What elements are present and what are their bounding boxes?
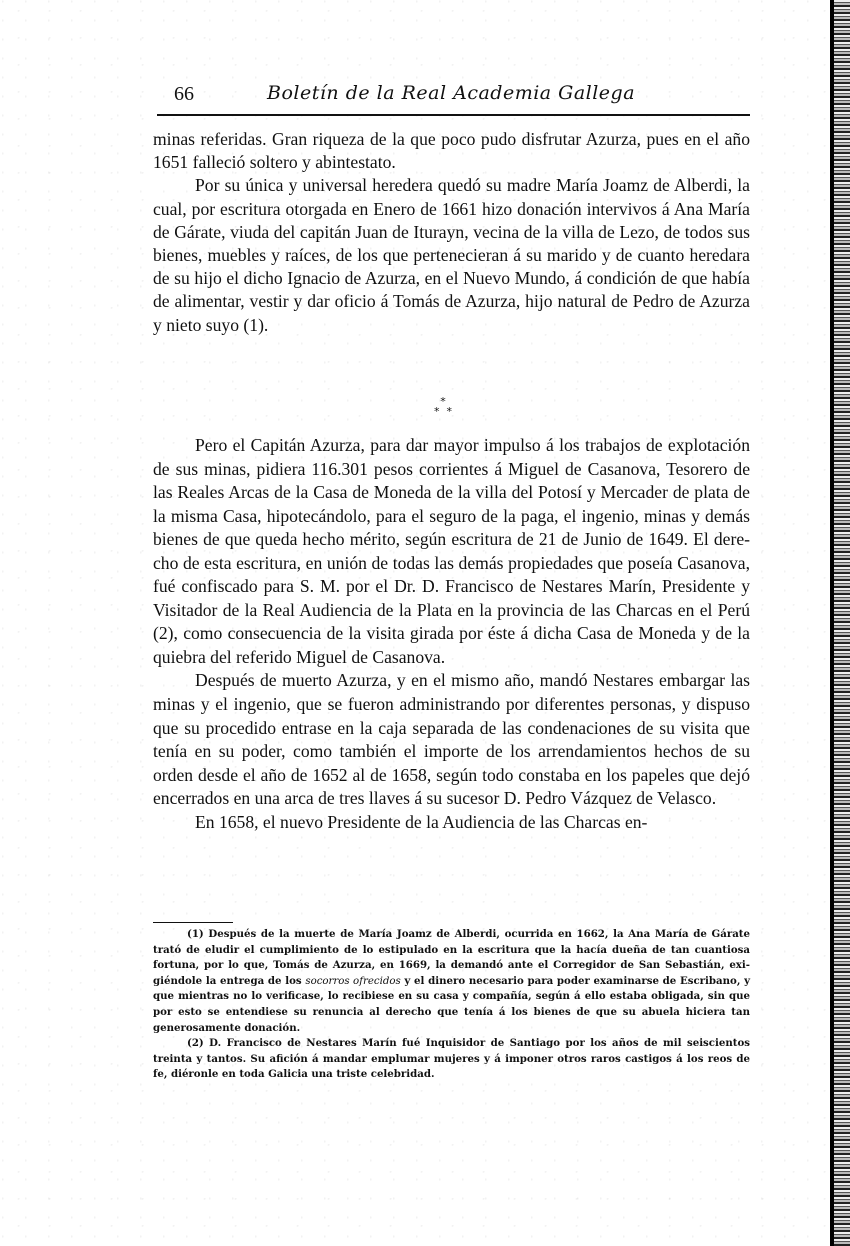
page-header: 66 Boletín de la Real Academia Gallega — [157, 80, 750, 116]
paragraph: Pero el Capitán Azurza, para dar mayor i… — [153, 434, 750, 669]
body-text-bottom: Pero el Capitán Azurza, para dar mayor i… — [153, 434, 750, 834]
body-text-top: minas referidas. Gran riqueza de la que … — [153, 128, 750, 337]
book-binding-edge — [830, 0, 850, 1246]
footnote-1-italic: socorros ofrecidos — [305, 976, 400, 987]
running-title: Boletín de la Real Academia Gallega — [267, 82, 635, 104]
paragraph: Por su única y universal heredera quedó … — [153, 174, 750, 336]
asterism-bottom: * * — [428, 407, 458, 417]
scanned-page: 66 Boletín de la Real Academia Gallega m… — [0, 0, 850, 1246]
footnote-2: (2) D. Francisco de Nestares Marín fué I… — [153, 1036, 750, 1083]
section-asterism: * * * — [428, 397, 458, 417]
footnote-divider — [153, 922, 233, 923]
page-number: 66 — [174, 83, 194, 106]
paragraph-continued: minas referidas. Gran riqueza de la que … — [153, 128, 750, 174]
footnote-1: (1) Después de la muerte de María Joamz … — [153, 927, 750, 1036]
footnotes: (1) Después de la muerte de María Joamz … — [153, 927, 750, 1083]
paragraph: En 1658, el nuevo Presidente de la Audie… — [153, 811, 750, 835]
paragraph: Después de muerto Azurza, y en el mismo … — [153, 669, 750, 810]
